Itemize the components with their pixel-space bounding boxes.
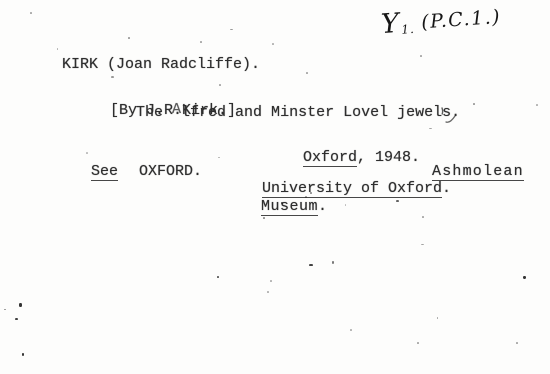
- catalog-card-scan: Y 1. (P.C.1.) KIRK (Joan Radcliffe). The…: [0, 0, 550, 374]
- shelfmark-classmark: (P.C.1.): [421, 6, 502, 34]
- scan-speck: [350, 329, 352, 331]
- shelfmark-handwritten: Y 1. (P.C.1.): [380, 3, 502, 38]
- scan-speck: [421, 244, 424, 245]
- scan-speck: [523, 276, 526, 279]
- reference-collection-punct: .: [318, 198, 327, 215]
- scan-speck: [230, 29, 233, 30]
- scan-speck: [536, 104, 538, 106]
- scan-speck: [417, 342, 419, 344]
- reference-main-heading: OXFORD.: [139, 163, 202, 180]
- scan-speck: [270, 280, 272, 282]
- scan-speck: [272, 43, 274, 45]
- author-heading: KIRK (Joan Radcliffe).: [62, 56, 260, 73]
- scan-speck: [128, 37, 130, 39]
- scan-speck: [217, 276, 219, 278]
- scan-speck: [86, 152, 88, 154]
- see-label: See: [91, 163, 118, 181]
- scan-speck: [218, 157, 220, 158]
- scan-speck: [306, 72, 308, 74]
- scan-speck: [15, 318, 18, 320]
- scan-speck: [4, 309, 6, 310]
- scan-speck: [111, 76, 114, 78]
- scan-speck: [30, 12, 32, 14]
- scan-speck: [422, 216, 424, 218]
- reference-collection: Ashmolean: [432, 163, 524, 181]
- scan-speck: [19, 303, 22, 307]
- scan-speck: [57, 48, 58, 50]
- scan-speck: [437, 317, 438, 319]
- scan-speck: [305, 196, 307, 198]
- reference-subheading-punct: .: [442, 180, 451, 197]
- scan-speck: [420, 55, 422, 57]
- scan-speck: [281, 202, 283, 204]
- shelfmark-letter: Y: [380, 10, 401, 38]
- scan-speck: [22, 353, 24, 356]
- scan-speck: [396, 200, 399, 202]
- scan-speck: [473, 103, 475, 105]
- stray-pen-tick-icon: [438, 104, 464, 128]
- scan-speck: [310, 192, 312, 194]
- reference-collection-line2: Museum: [261, 198, 318, 216]
- scan-speck: [309, 264, 313, 266]
- scan-speck: [267, 291, 269, 293]
- scan-speck: [263, 217, 265, 219]
- scan-speck: [516, 342, 518, 344]
- scan-speck: [200, 41, 202, 43]
- reference-continuation-line: Museum.: [225, 181, 327, 232]
- byline: [By J.R.Kirk.]: [110, 102, 236, 119]
- scan-speck: [332, 261, 334, 264]
- scan-speck: [345, 204, 346, 206]
- shelfmark-number: 1.: [401, 23, 415, 36]
- scan-speck: [219, 84, 221, 86]
